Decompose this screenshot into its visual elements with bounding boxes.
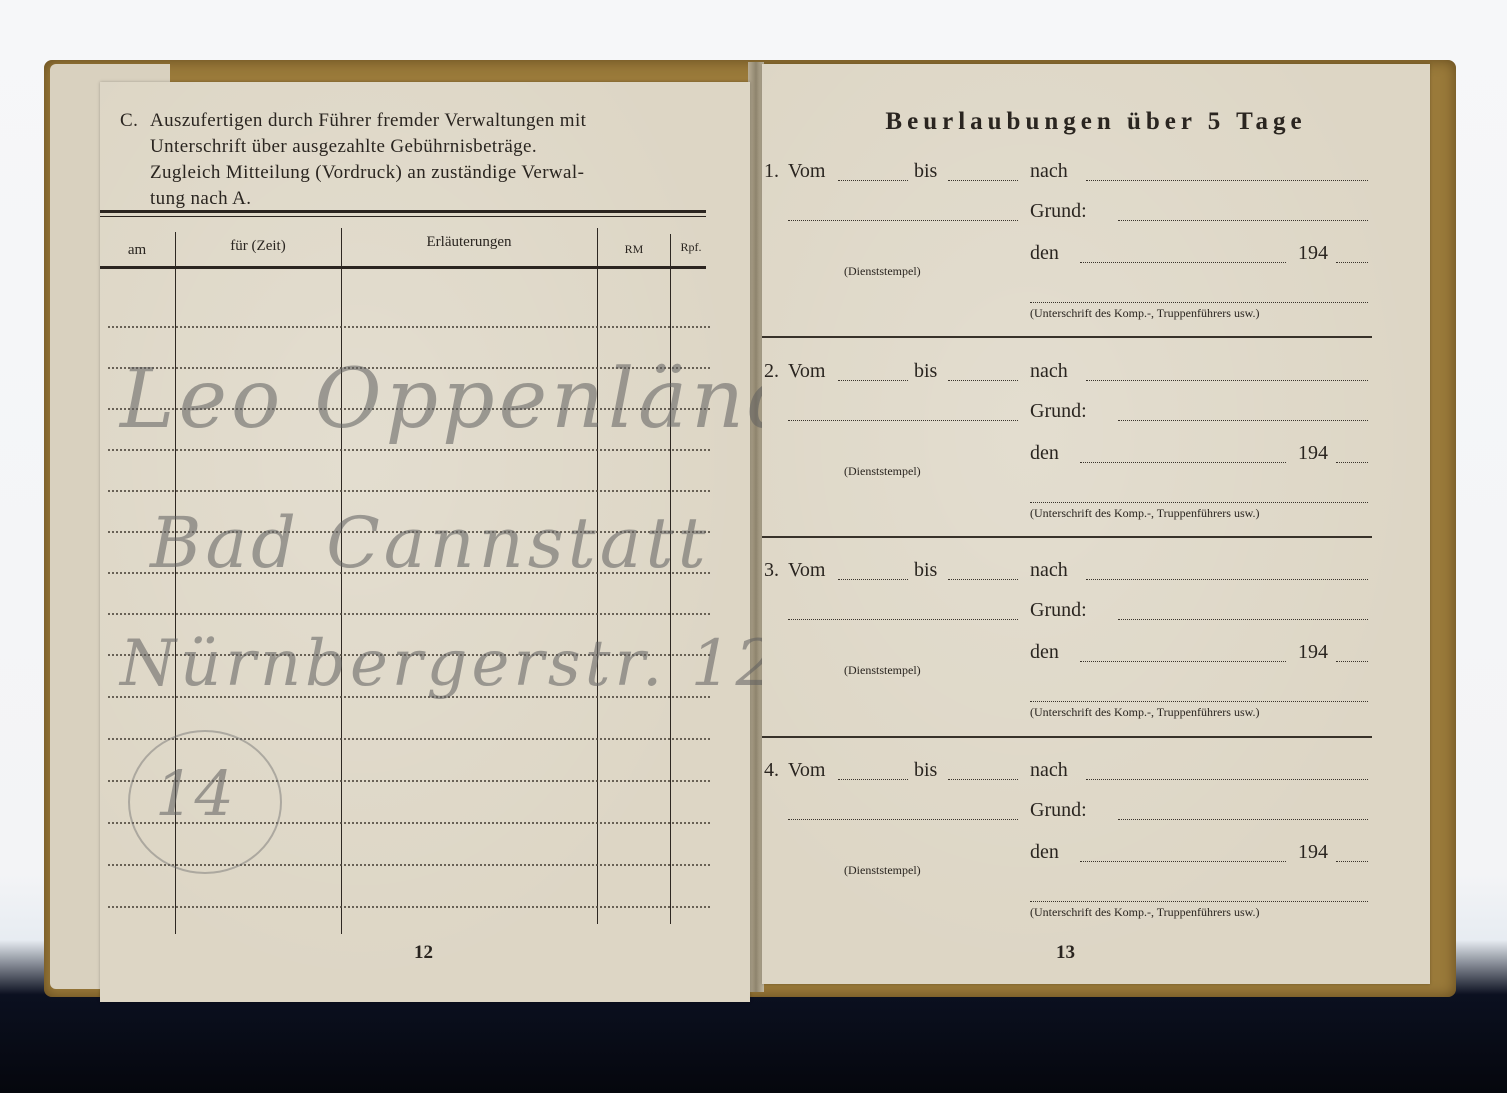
entry-number: 2. bbox=[764, 360, 779, 383]
year-field[interactable] bbox=[1336, 262, 1368, 263]
destination-label: nach bbox=[1030, 360, 1068, 383]
table-row bbox=[108, 449, 710, 451]
column-header-rpf: Rpf. bbox=[672, 240, 710, 255]
leave-entry: 1. Vom bis nach Grund: den 194 (Dienstst… bbox=[762, 160, 1430, 360]
entry-separator bbox=[762, 736, 1372, 738]
handwritten-city: Bad Cannstatt bbox=[150, 502, 710, 584]
official-stamp-label: (Dienststempel) bbox=[844, 464, 921, 479]
destination-label: nach bbox=[1030, 759, 1068, 782]
reason-label: Grund: bbox=[1030, 200, 1087, 223]
column-header-am: am bbox=[100, 242, 174, 259]
signature-label: (Unterschrift des Komp.-, Truppenführers… bbox=[1030, 306, 1260, 321]
handwritten-circled-number: 14 bbox=[155, 757, 234, 830]
year-field[interactable] bbox=[1336, 661, 1368, 662]
signature-label: (Unterschrift des Komp.-, Truppenführers… bbox=[1030, 506, 1260, 521]
to-label: bis bbox=[914, 759, 937, 782]
entry-number: 3. bbox=[764, 559, 779, 582]
entry-separator bbox=[762, 336, 1372, 338]
from-field[interactable] bbox=[838, 579, 908, 580]
from-field[interactable] bbox=[838, 779, 908, 780]
official-stamp-label: (Dienststempel) bbox=[844, 863, 921, 878]
signature-label: (Unterschrift des Komp.-, Truppenführers… bbox=[1030, 705, 1260, 720]
entry-number: 4. bbox=[764, 759, 779, 782]
instruction-block: C. Auszufertigen durch Führer fremder Ve… bbox=[120, 108, 710, 212]
reason-label: Grund: bbox=[1030, 799, 1087, 822]
date-label: den bbox=[1030, 442, 1059, 465]
left-page: C. Auszufertigen durch Führer fremder Ve… bbox=[100, 82, 750, 1002]
leave-entry: 3. Vom bis nach Grund: den 194 (Dienstst… bbox=[762, 559, 1430, 759]
from-field[interactable] bbox=[838, 380, 908, 381]
extra-line[interactable] bbox=[788, 420, 1018, 421]
destination-field[interactable] bbox=[1086, 779, 1368, 780]
page-number: 13 bbox=[1056, 942, 1075, 964]
destination-field[interactable] bbox=[1086, 180, 1368, 181]
from-label: Vom bbox=[788, 559, 825, 582]
page-title: Beurlaubungen über 5 Tage bbox=[762, 108, 1430, 136]
signature-field[interactable] bbox=[1030, 701, 1368, 702]
to-label: bis bbox=[914, 559, 937, 582]
reason-field[interactable] bbox=[1118, 819, 1368, 820]
from-field[interactable] bbox=[838, 180, 908, 181]
year-prefix: 194 bbox=[1298, 841, 1328, 864]
from-label: Vom bbox=[788, 160, 825, 183]
instruction-line: Auszufertigen durch Führer fremder Verwa… bbox=[150, 108, 710, 134]
right-page: Beurlaubungen über 5 Tage 1. Vom bis nac… bbox=[762, 64, 1430, 984]
to-field[interactable] bbox=[948, 380, 1018, 381]
extra-line[interactable] bbox=[788, 619, 1018, 620]
reason-field[interactable] bbox=[1118, 220, 1368, 221]
date-field[interactable] bbox=[1080, 861, 1286, 862]
to-field[interactable] bbox=[948, 579, 1018, 580]
year-prefix: 194 bbox=[1298, 242, 1328, 265]
column-header-rm: RM bbox=[598, 242, 670, 257]
reason-label: Grund: bbox=[1030, 400, 1087, 423]
date-label: den bbox=[1030, 841, 1059, 864]
to-label: bis bbox=[914, 160, 937, 183]
header-rule-top bbox=[100, 210, 706, 213]
reason-field[interactable] bbox=[1118, 420, 1368, 421]
page-number: 12 bbox=[414, 942, 433, 964]
to-label: bis bbox=[914, 360, 937, 383]
year-field[interactable] bbox=[1336, 462, 1368, 463]
handwritten-street: Nürnbergerstr. 121 bbox=[120, 627, 825, 701]
to-field[interactable] bbox=[948, 779, 1018, 780]
leave-entry: 4. Vom bis nach Grund: den 194 (Dienstst… bbox=[762, 759, 1430, 959]
header-rule-bottom bbox=[100, 266, 706, 269]
column-header-erlaeuterungen: Erläuterungen bbox=[342, 234, 596, 251]
date-field[interactable] bbox=[1080, 462, 1286, 463]
year-prefix: 194 bbox=[1298, 442, 1328, 465]
extra-line[interactable] bbox=[788, 819, 1018, 820]
header-rule-top-thin bbox=[100, 216, 706, 217]
table-row bbox=[108, 326, 710, 328]
year-prefix: 194 bbox=[1298, 641, 1328, 664]
table-row bbox=[108, 613, 710, 615]
date-label: den bbox=[1030, 641, 1059, 664]
instruction-line: Zugleich Mitteilung (Vordruck) an zustän… bbox=[150, 160, 710, 186]
from-label: Vom bbox=[788, 759, 825, 782]
table-row bbox=[108, 490, 710, 492]
reason-field[interactable] bbox=[1118, 619, 1368, 620]
destination-field[interactable] bbox=[1086, 579, 1368, 580]
destination-field[interactable] bbox=[1086, 380, 1368, 381]
date-label: den bbox=[1030, 242, 1059, 265]
year-field[interactable] bbox=[1336, 861, 1368, 862]
to-field[interactable] bbox=[948, 180, 1018, 181]
table-row bbox=[108, 906, 710, 908]
official-stamp-label: (Dienststempel) bbox=[844, 264, 921, 279]
column-header-fuer-zeit: für (Zeit) bbox=[176, 238, 340, 255]
signature-label: (Unterschrift des Komp.-, Truppenführers… bbox=[1030, 905, 1260, 920]
instruction-line: Unterschrift über ausgezahlte Gebührnisb… bbox=[150, 134, 710, 160]
extra-line[interactable] bbox=[788, 220, 1018, 221]
signature-field[interactable] bbox=[1030, 901, 1368, 902]
destination-label: nach bbox=[1030, 559, 1068, 582]
official-stamp-label: (Dienststempel) bbox=[844, 663, 921, 678]
section-label: C. bbox=[120, 108, 138, 134]
reason-label: Grund: bbox=[1030, 599, 1087, 622]
from-label: Vom bbox=[788, 360, 825, 383]
instruction-line: tung nach A. bbox=[150, 186, 710, 212]
date-field[interactable] bbox=[1080, 262, 1286, 263]
entry-number: 1. bbox=[764, 160, 779, 183]
entry-separator bbox=[762, 536, 1372, 538]
date-field[interactable] bbox=[1080, 661, 1286, 662]
destination-label: nach bbox=[1030, 160, 1068, 183]
signature-field[interactable] bbox=[1030, 302, 1368, 303]
signature-field[interactable] bbox=[1030, 502, 1368, 503]
leave-entry: 2. Vom bis nach Grund: den 194 (Dienstst… bbox=[762, 360, 1430, 560]
